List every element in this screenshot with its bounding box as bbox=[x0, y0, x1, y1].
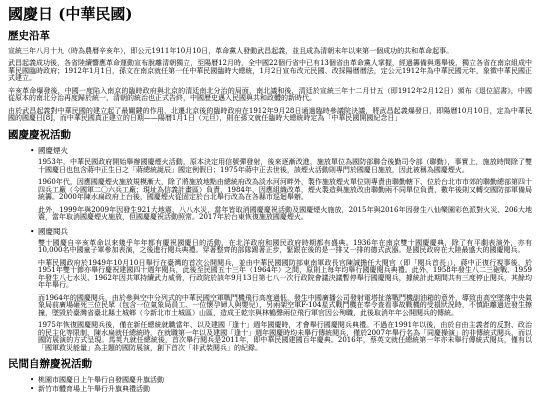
history-paragraph-4: 由於武昌起義對中華民國的建立起了最關鍵的作用，北遷北京後的臨時政府在1912年9… bbox=[8, 108, 532, 123]
topic-parade-label-row: •國慶閱兵 bbox=[30, 227, 532, 236]
topic-fireworks-label: 國慶煙火 bbox=[38, 146, 68, 155]
history-paragraph-2: 武昌起義成功後，各省陸續響應革命運動宣布脫離清朝獨立，至陽曆12月時，全中國22… bbox=[8, 60, 532, 83]
bullet-icon: • bbox=[30, 376, 38, 385]
topic-fireworks-body: 1953年，中華民國政府開始舉辦國慶煙火活動，原本決定用信號彈發射，後來逐漸改進… bbox=[38, 159, 532, 222]
fireworks-paragraph-1: 1953年，中華民國政府開始舉辦國慶煙火活動，原本決定用信號彈發射，後來逐漸改進… bbox=[38, 159, 532, 174]
topic-parade-body: 雙十國慶自辛亥革命以來幾乎年年都有慶祝國慶日的活動，在北洋政府和國民政府時期都有… bbox=[38, 240, 532, 353]
celebration-topic-list: •國慶煙火 1953年，中華民國政府開始舉辦國慶煙火活動，原本決定用信號彈發射，… bbox=[30, 146, 532, 352]
fireworks-paragraph-2: 1960年代，因應國慶煙火施放規模漸大，除了將施放地點由總統府改為淡水河河畔外，… bbox=[38, 179, 532, 202]
topic-fireworks-label-row: •國慶煙火 bbox=[30, 146, 532, 155]
bullet-icon: • bbox=[30, 227, 38, 236]
bullet-icon: • bbox=[30, 385, 38, 394]
parade-paragraph-2: 中華民國政府於1949年10月10日舉行在臺灣的首次公開閱兵，並由中華民國國防部… bbox=[38, 260, 532, 290]
article-page: 國慶日 (中華民國) 歷史沿革 宣統三年八月十九（時為農曆辛亥年），即公元191… bbox=[0, 0, 540, 405]
civil-activity-item: •新竹市體育場上午舉行升旗典禮活動 bbox=[30, 385, 532, 394]
civil-activity-item: •桃園市國慶日上午舉行自發國慶升旗活動 bbox=[30, 376, 532, 385]
section-heading-civil: 民間自辦慶祝活動 bbox=[8, 358, 532, 371]
section-heading-celebration: 國慶慶祝活動 bbox=[8, 129, 532, 142]
fireworks-paragraph-3: 此外，1999年與2009年因發生921大地震、八八水災，當年皆取消國慶慶祝活動… bbox=[38, 207, 532, 222]
topic-fireworks: •國慶煙火 1953年，中華民國政府開始舉辦國慶煙火活動，原本決定用信號彈發射，… bbox=[30, 146, 532, 222]
history-paragraph-3: 辛亥革命爆發後，中國一度陷入南京的臨時政府與北京的清廷南北分治的局面，南北議和後… bbox=[8, 88, 532, 103]
page-title: 國慶日 (中華民國) bbox=[8, 6, 532, 23]
civil-activity-text: 桃園市國慶日上午舉行自發國慶升旗活動 bbox=[38, 376, 164, 384]
civil-activity-text: 新竹市體育場上午舉行升旗典禮活動 bbox=[38, 385, 150, 393]
bullet-icon: • bbox=[30, 146, 38, 155]
parade-paragraph-4: 1975年恢復國慶閱兵後，僅在新任總統就職當年、以及建國「逢十」週年國慶時，才會… bbox=[38, 322, 532, 352]
section-heading-history: 歷史沿革 bbox=[8, 30, 532, 43]
topic-parade-label: 國慶閱兵 bbox=[38, 227, 68, 236]
history-paragraph-1: 宣統三年八月十九（時為農曆辛亥年），即公元1911年10月10日，革命黨人發動武… bbox=[8, 48, 532, 56]
parade-paragraph-3: 而1964年的國慶閱兵，由於參與空中分列式的中華民國空軍戰鬥機飛行高度過低，發生… bbox=[38, 295, 532, 318]
parade-paragraph-1: 雙十國慶自辛亥革命以來幾乎年年都有慶祝國慶日的活動，在北洋政府和國民政府時期都有… bbox=[38, 240, 532, 255]
topic-parade: •國慶閱兵 雙十國慶自辛亥革命以來幾乎年年都有慶祝國慶日的活動，在北洋政府和國民… bbox=[30, 227, 532, 353]
civil-activity-list: •桃園市國慶日上午舉行自發國慶升旗活動 •新竹市體育場上午舉行升旗典禮活動 bbox=[30, 376, 532, 393]
